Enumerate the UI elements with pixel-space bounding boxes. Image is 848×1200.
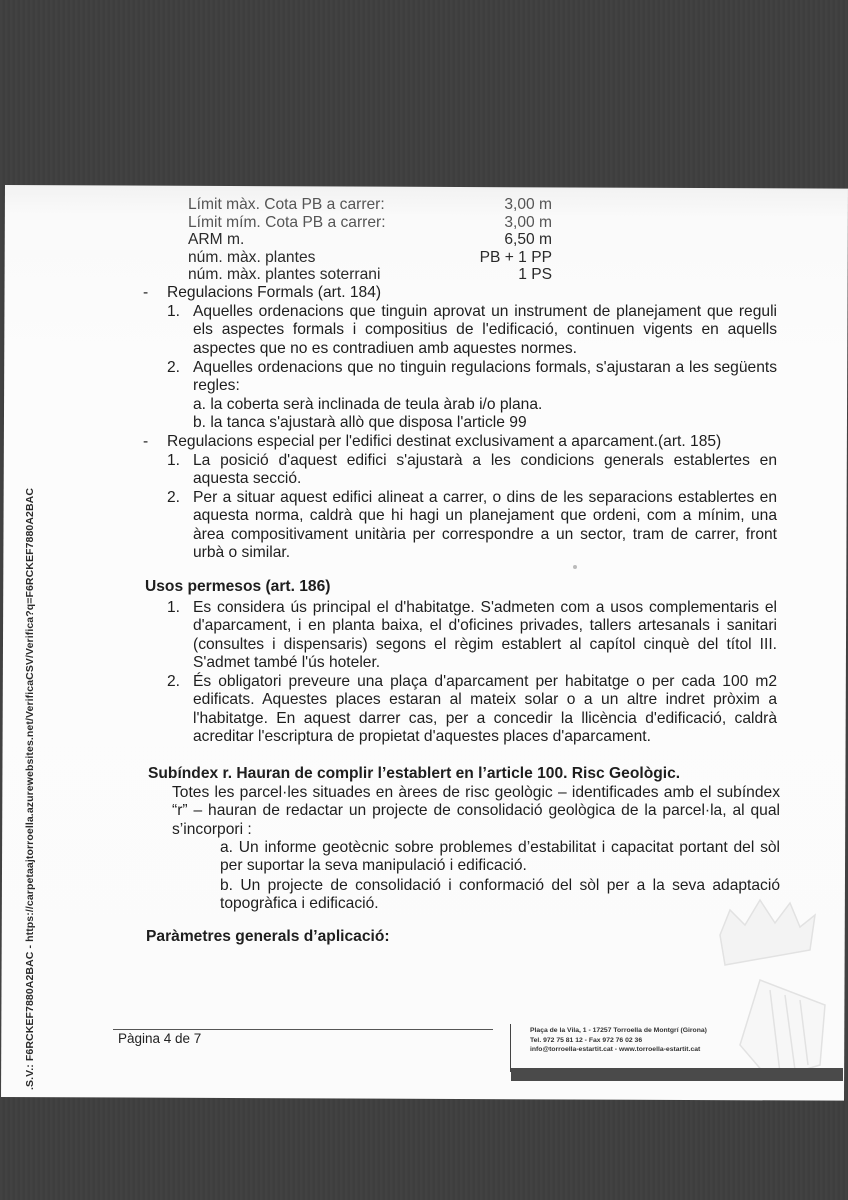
footer-divider xyxy=(113,1029,493,1030)
param-label: Límit mím. Cota PB a carrer: xyxy=(188,214,386,232)
list-number: 1. xyxy=(167,452,180,470)
page-number: Pàgina 4 de 7 xyxy=(118,1031,201,1046)
footer-address: Plaça de la Vila, 1 - 17257 Torroella de… xyxy=(530,1026,707,1055)
footer-vertical-divider xyxy=(510,1024,511,1072)
section-title-regulacions-especial: Regulacions especial per l'edifici desti… xyxy=(167,433,721,451)
bullet-dash: - xyxy=(143,433,148,451)
list-item-text: Es considera ús principal el d'habitatge… xyxy=(193,599,777,673)
csv-verification-text: .S.V.: F6RCKEF7880A2BAC - https://carpet… xyxy=(24,488,36,1090)
bullet-dash: - xyxy=(143,284,148,302)
coat-of-arms-watermark-icon xyxy=(700,895,840,1080)
sub-item: b. la tanca s'ajustarà allò que disposa … xyxy=(193,414,527,432)
address-line: Plaça de la Vila, 1 - 17257 Torroella de… xyxy=(530,1026,707,1036)
param-value: 3,00 m xyxy=(504,214,552,232)
section-heading-parametres-generals: Paràmetres generals d’aplicació: xyxy=(146,928,390,946)
paragraph-subindex-intro: Totes les parcel·les situades en àrees d… xyxy=(172,784,780,839)
list-number: 2. xyxy=(167,673,180,691)
scan-speck xyxy=(573,565,577,569)
list-number: 1. xyxy=(167,599,180,617)
list-item-text: La posició d'aquest edifici s'ajustarà a… xyxy=(193,452,777,489)
web-line: info@torroella-estartit.cat - www.torroe… xyxy=(530,1045,707,1055)
section-heading-usos-permesos: Usos permesos (art. 186) xyxy=(145,578,330,596)
list-item-text: És obligatori preveure una plaça d'aparc… xyxy=(193,673,777,747)
param-value: 1 PS xyxy=(518,266,552,284)
sub-item: a. la coberta serà inclinada de teula àr… xyxy=(193,396,542,414)
list-item-text: Per a situar aquest edifici alineat a ca… xyxy=(193,489,777,563)
list-item-text: Aquelles ordenacions que no tinguin regu… xyxy=(193,359,777,396)
list-number: 1. xyxy=(167,303,180,321)
param-label: núm. màx. plantes xyxy=(188,249,315,267)
list-number: 2. xyxy=(167,489,180,507)
param-label: ARM m. xyxy=(188,231,244,249)
param-row: núm. màx. plantes PB + 1 PP xyxy=(188,249,552,267)
section-heading-subindex-r: Subíndex r. Hauran de complir l’establer… xyxy=(148,765,680,783)
sub-item: b. Un projecte de consolidació i conform… xyxy=(220,877,780,914)
list-item-text: Aquelles ordenacions que tinguin aprovat… xyxy=(193,303,777,358)
param-row: núm. màx. plantes soterrani 1 PS xyxy=(188,266,552,284)
param-value: 3,00 m xyxy=(504,196,552,214)
contact-line: Tel. 972 75 81 12 - Fax 972 76 02 36 xyxy=(530,1036,707,1046)
param-value: PB + 1 PP xyxy=(480,249,552,267)
section-title-regulacions-formals: Regulacions Formals (art. 184) xyxy=(167,284,381,302)
param-row: Límit màx. Cota PB a carrer: 3,00 m xyxy=(188,196,552,214)
param-row: ARM m. 6,50 m xyxy=(188,231,552,249)
param-value: 6,50 m xyxy=(504,231,552,249)
param-label: Límit màx. Cota PB a carrer: xyxy=(188,196,385,214)
footer-bar xyxy=(511,1068,843,1081)
sub-item: a. Un informe geotècnic sobre problemes … xyxy=(220,839,780,876)
param-label: núm. màx. plantes soterrani xyxy=(188,266,380,284)
param-row: Límit mím. Cota PB a carrer: 3,00 m xyxy=(188,214,552,232)
list-number: 2. xyxy=(167,359,180,377)
